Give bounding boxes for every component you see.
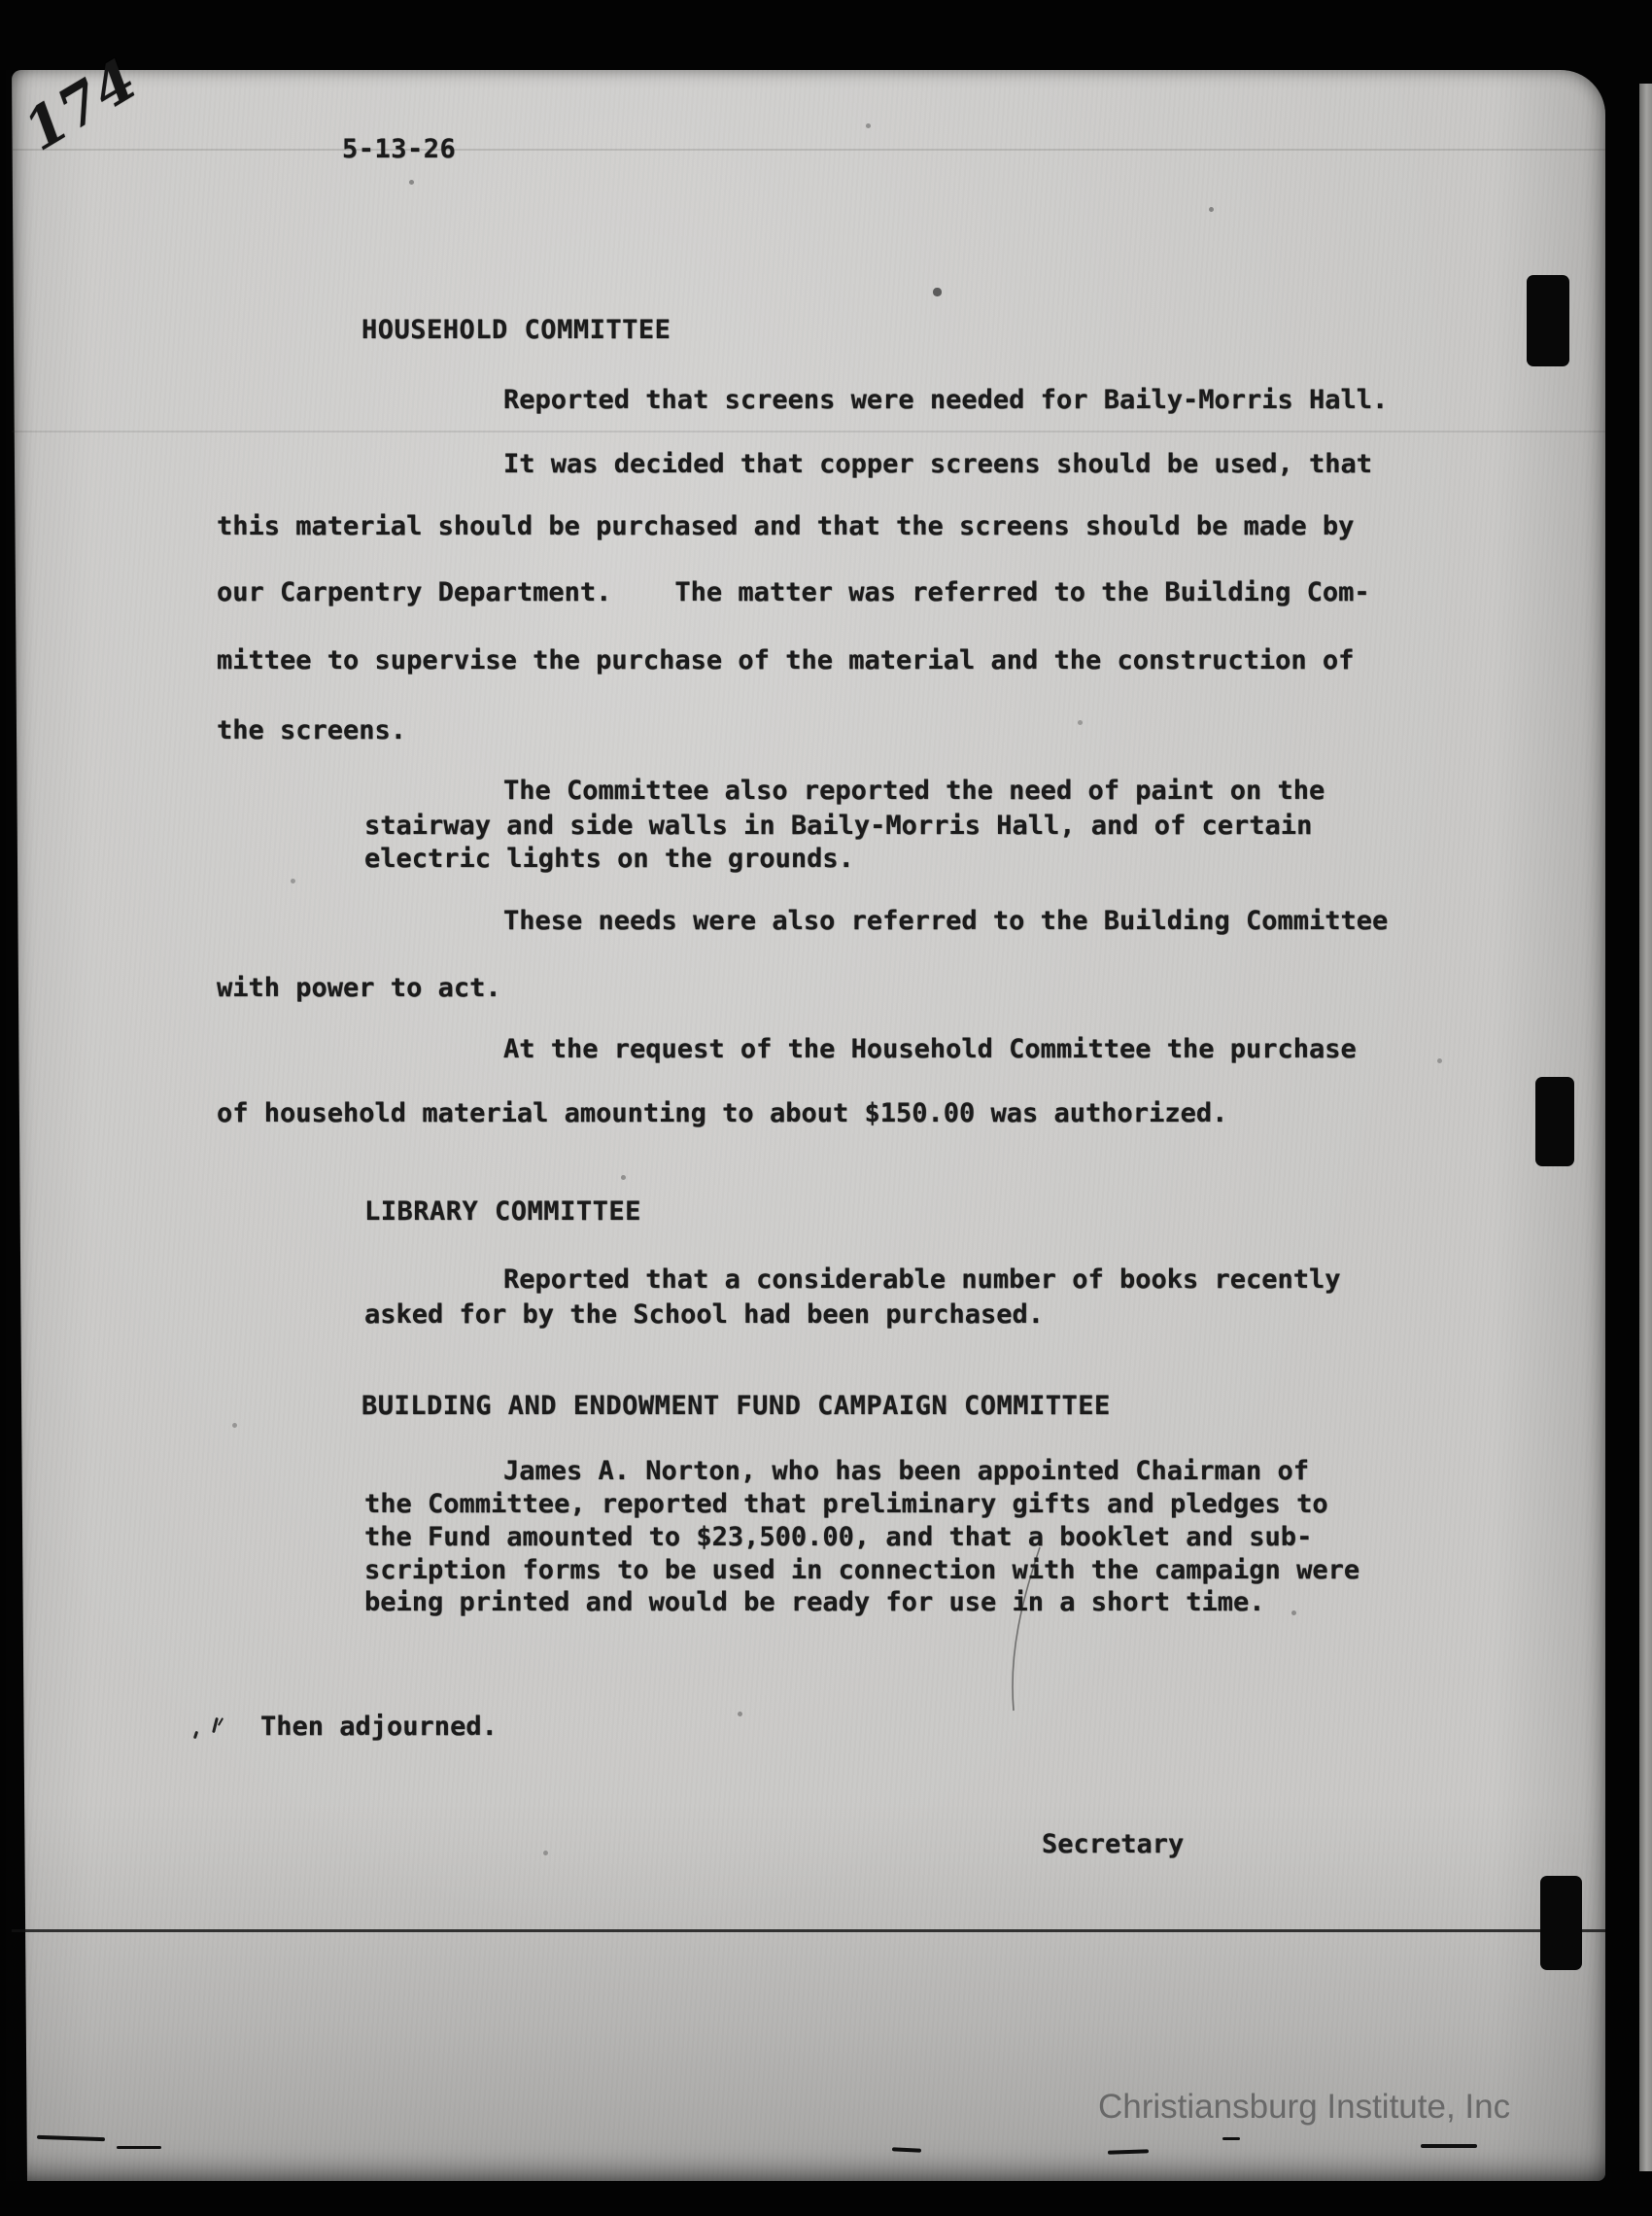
scan-line-artifact (12, 431, 1605, 433)
typed-line: stairway and side walls in Baily-Morris … (364, 810, 1312, 843)
pen-mark (192, 1715, 225, 1741)
section-heading-household-committee: HOUSEHOLD COMMITTEE (361, 314, 671, 347)
punch-hole-mark (1527, 275, 1569, 366)
typed-line: with power to act. (217, 972, 501, 1005)
typed-line: our Carpentry Department. The matter was… (217, 576, 1370, 609)
dust-specks (0, 0, 3, 3)
typed-line: being printed and would be ready for use… (364, 1586, 1265, 1619)
typed-line: scription forms to be used in connection… (364, 1554, 1359, 1587)
closing-line: Then adjourned. (260, 1711, 498, 1744)
typed-line: Reported that a considerable number of b… (503, 1264, 1341, 1297)
signature-title: Secretary (1042, 1828, 1184, 1861)
next-page-edge (1639, 84, 1652, 2171)
typed-line: mittee to supervise the purchase of the … (217, 644, 1354, 677)
scratch-mark (991, 1543, 1053, 1714)
section-heading-building-endowment-fund: BUILDING AND ENDOWMENT FUND CAMPAIGN COM… (361, 1390, 1111, 1423)
typed-line: asked for by the School had been purchas… (364, 1298, 1044, 1332)
scuff-mark (117, 2146, 161, 2149)
typed-line: the Fund amounted to $23,500.00, and tha… (364, 1521, 1312, 1554)
scuff-mark (1421, 2144, 1477, 2148)
date: 5-13-26 (342, 133, 456, 166)
typed-line: electric lights on the grounds. (364, 843, 854, 876)
typed-line: of household material amounting to about… (217, 1097, 1227, 1130)
punch-hole-mark (1540, 1876, 1582, 1970)
scuff-mark (1222, 2137, 1240, 2140)
typed-line: At the request of the Household Committe… (503, 1033, 1357, 1066)
typed-line: It was decided that copper screens shoul… (503, 448, 1372, 481)
typed-line: The Committee also reported the need of … (503, 775, 1325, 808)
typed-line: James A. Norton, who has been appointed … (503, 1455, 1309, 1488)
typed-line: the Committee, reported that preliminary… (364, 1488, 1328, 1521)
typed-line: the screens. (217, 714, 406, 747)
typed-line: this material should be purchased and th… (217, 510, 1354, 543)
typed-line: Reported that screens were needed for Ba… (503, 384, 1388, 417)
ruled-line (12, 1929, 1605, 1932)
section-heading-library-committee: LIBRARY COMMITTEE (364, 1195, 641, 1229)
typed-line: These needs were also referred to the Bu… (503, 905, 1388, 938)
scanned-minutes-page: 174 5-13-26 HOUSEHOLD COMMITTEE Reported… (0, 0, 1652, 2216)
archive-watermark: Christiansburg Institute, Inc (1098, 2088, 1510, 2127)
scan-line-artifact (12, 149, 1605, 151)
punch-hole-mark (1535, 1077, 1574, 1166)
